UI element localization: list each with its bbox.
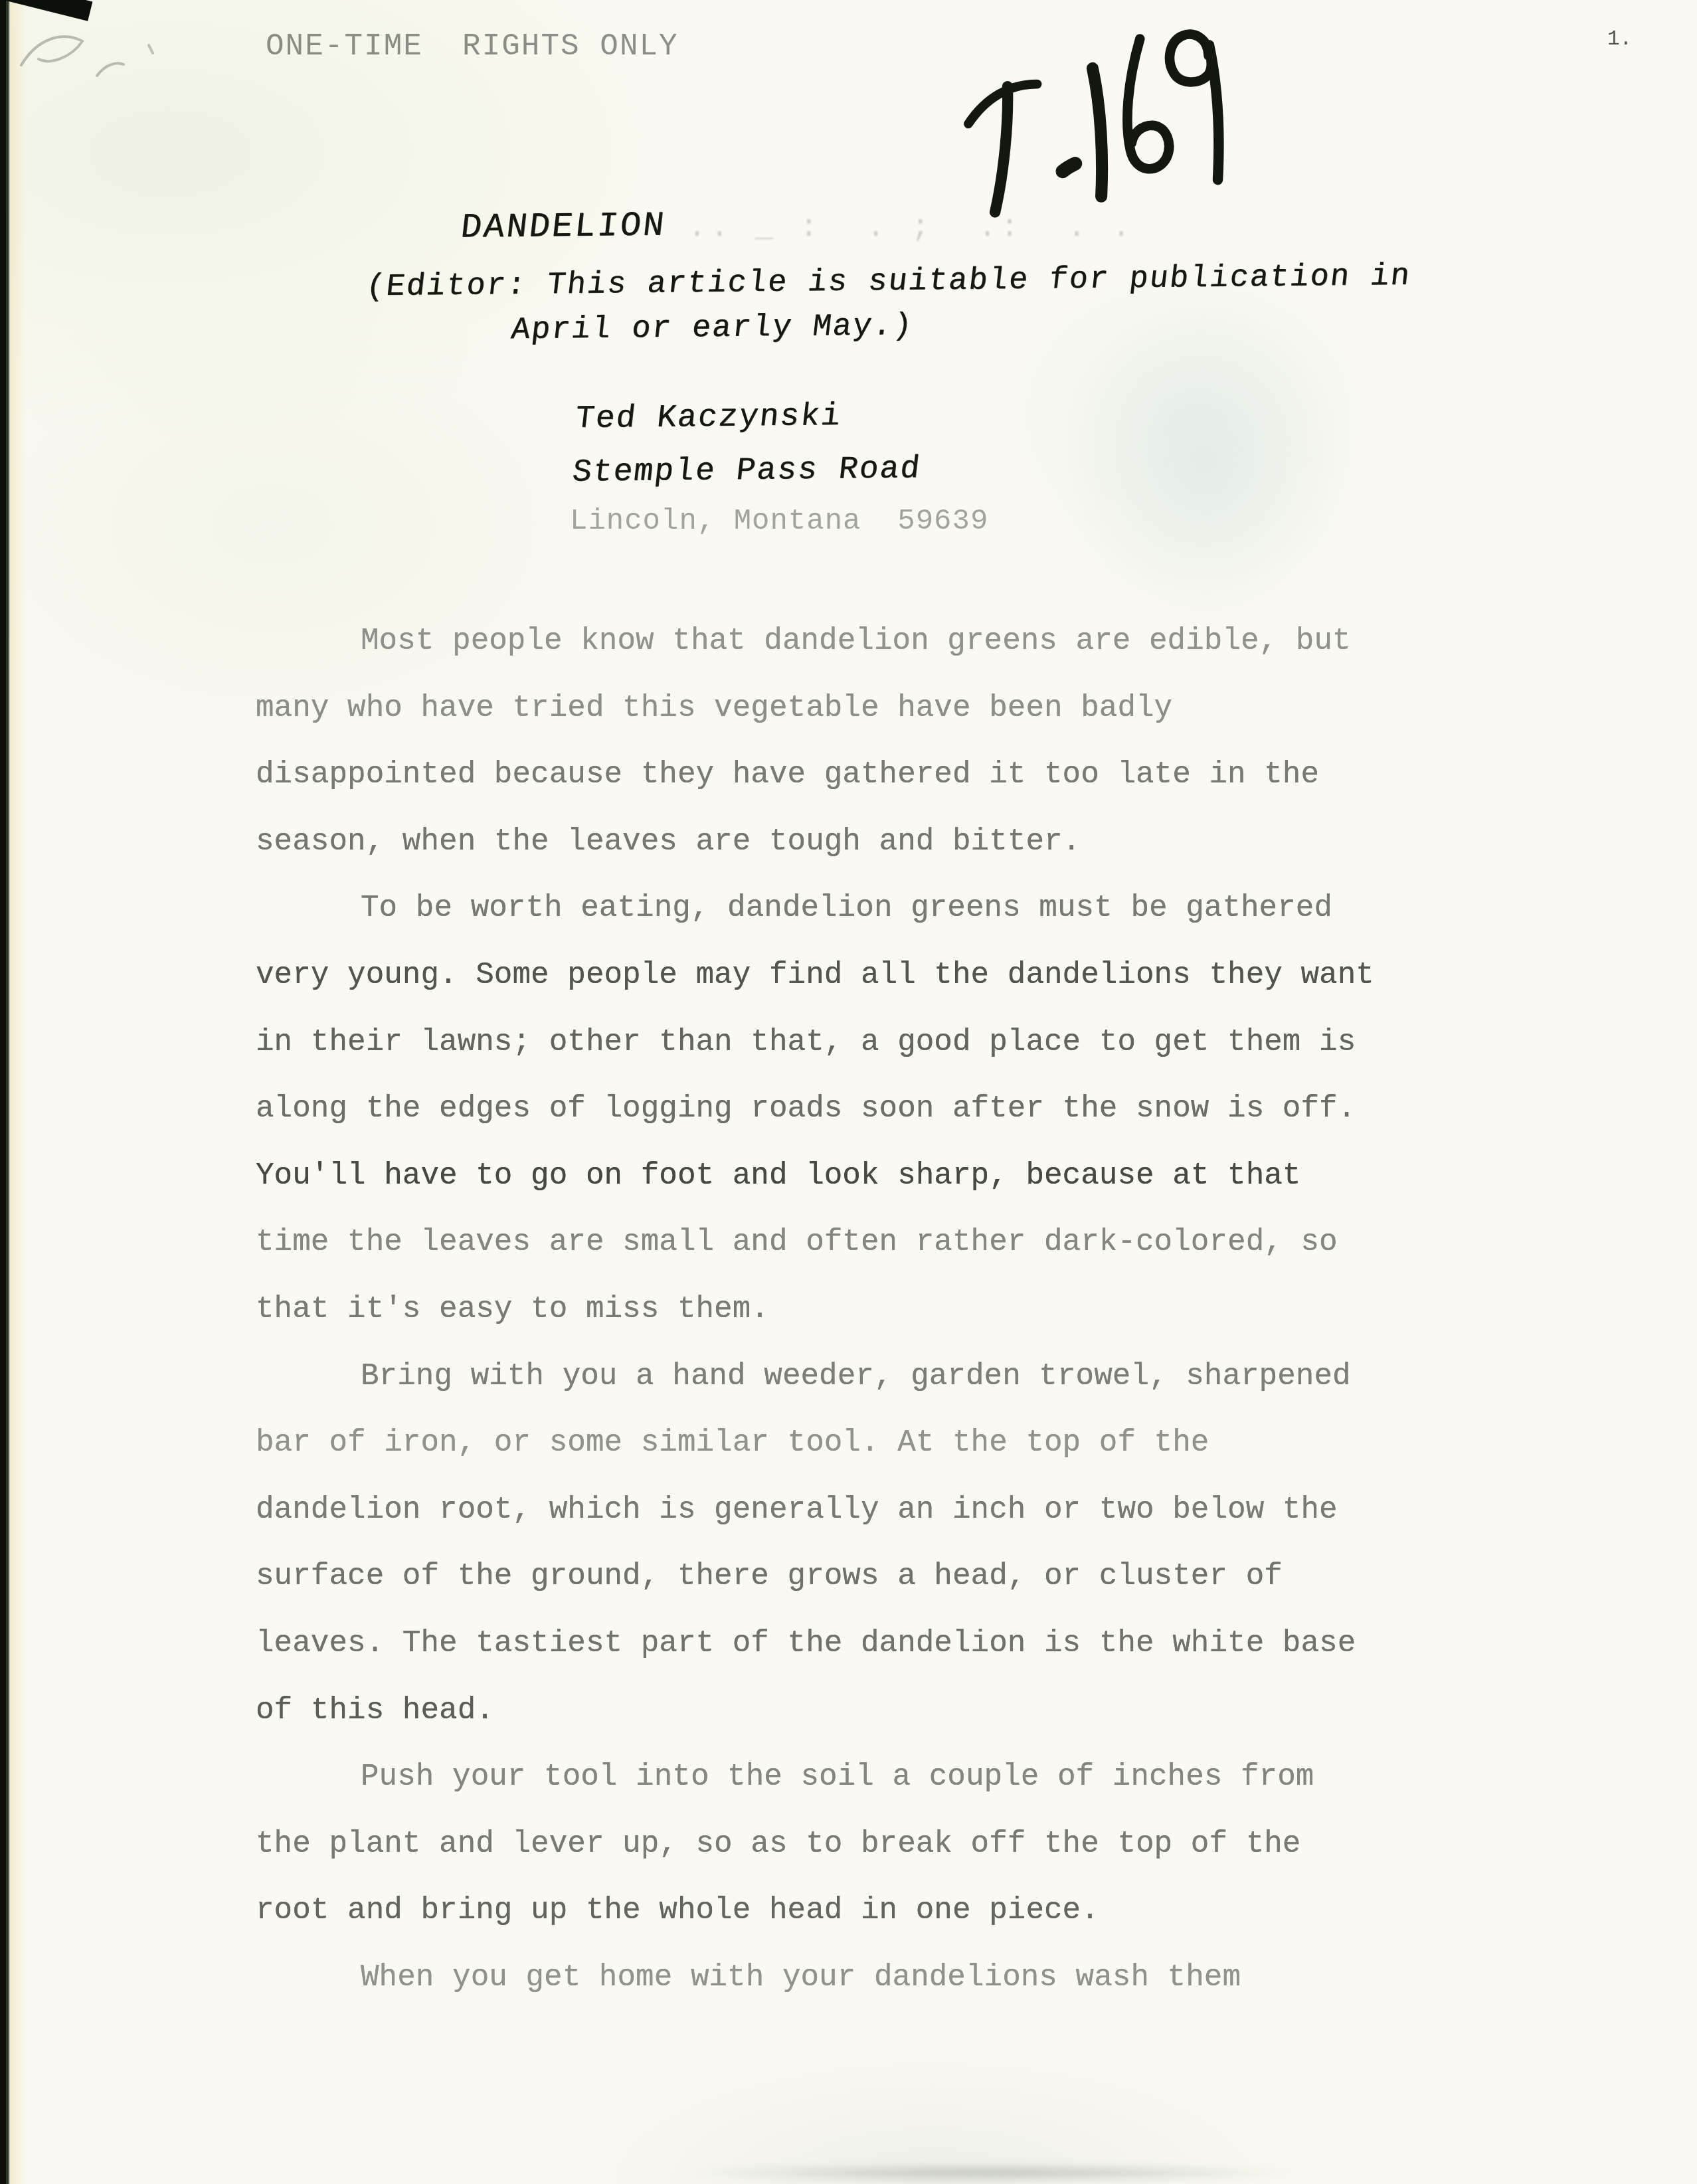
body-line: along the edges of logging roads soon af…: [256, 1075, 1451, 1142]
body-line: Bring with you a hand weeder, garden tro…: [256, 1343, 1451, 1410]
body-line: that it's easy to miss them.: [256, 1276, 1451, 1343]
pencil-scribble: [9, 11, 202, 104]
body-line: Push your tool into the soil a couple of…: [256, 1744, 1451, 1811]
scanned-page: ONE-TIME RIGHTS ONLY 1. DANDELION .. _ :…: [0, 0, 1697, 2184]
body-line: time the leaves are small and often rath…: [256, 1209, 1451, 1276]
article-title: DANDELION .. _ : . ; .: . .: [461, 207, 1134, 246]
body-text: Most people know that dandelion greens a…: [256, 608, 1451, 2011]
body-line: root and bring up the whole head in one …: [256, 1877, 1451, 1944]
body-line: many who have tried this vegetable have …: [256, 675, 1451, 742]
article-title-text: DANDELION: [458, 206, 668, 247]
scan-edge-left: [0, 0, 10, 2184]
byline-street-address: Stemple Pass Road: [571, 451, 923, 490]
body-line: To be worth eating, dandelion greens mus…: [256, 875, 1451, 942]
body-line: in their lawns; other than that, a good …: [256, 1009, 1451, 1076]
body-line: bar of iron, or some similar tool. At th…: [256, 1410, 1451, 1477]
body-line: dandelion root, which is generally an in…: [256, 1477, 1451, 1544]
body-line: Most people know that dandelion greens a…: [256, 608, 1451, 675]
body-line: You'll have to go on foot and look sharp…: [256, 1142, 1451, 1210]
scan-edge-shadow: [10, 0, 25, 2184]
byline-author-name: Ted Kaczynski: [573, 399, 844, 437]
editor-note-line1: (Editor: This article is suitable for pu…: [364, 259, 1413, 305]
byline-city-state-zip: Lincoln, Montana 59639: [570, 505, 988, 538]
body-line: disappointed because they have gathered …: [256, 741, 1451, 808]
handwritten-doc-number-icon: [944, 0, 1256, 227]
body-line: very young. Some people may find all the…: [256, 942, 1451, 1009]
editor-note-line2: April or early May.): [509, 309, 915, 348]
body-line: season, when the leaves are tough and bi…: [256, 808, 1451, 875]
page-number: 1.: [1607, 28, 1632, 51]
title-illegible-remnant: .. _ : . ; .: . .: [688, 211, 1134, 245]
body-line: leaves. The tastiest part of the dandeli…: [256, 1610, 1451, 1677]
body-line: the plant and lever up, so as to break o…: [256, 1811, 1451, 1878]
body-line: surface of the ground, there grows a hea…: [256, 1543, 1451, 1610]
rights-notice: ONE-TIME RIGHTS ONLY: [266, 29, 679, 64]
paper-stain: [1063, 299, 1348, 631]
scan-smudge-bottom: [677, 2164, 1308, 2181]
body-line: of this head.: [256, 1677, 1451, 1744]
body-line: When you get home with your dandelions w…: [256, 1944, 1451, 2011]
